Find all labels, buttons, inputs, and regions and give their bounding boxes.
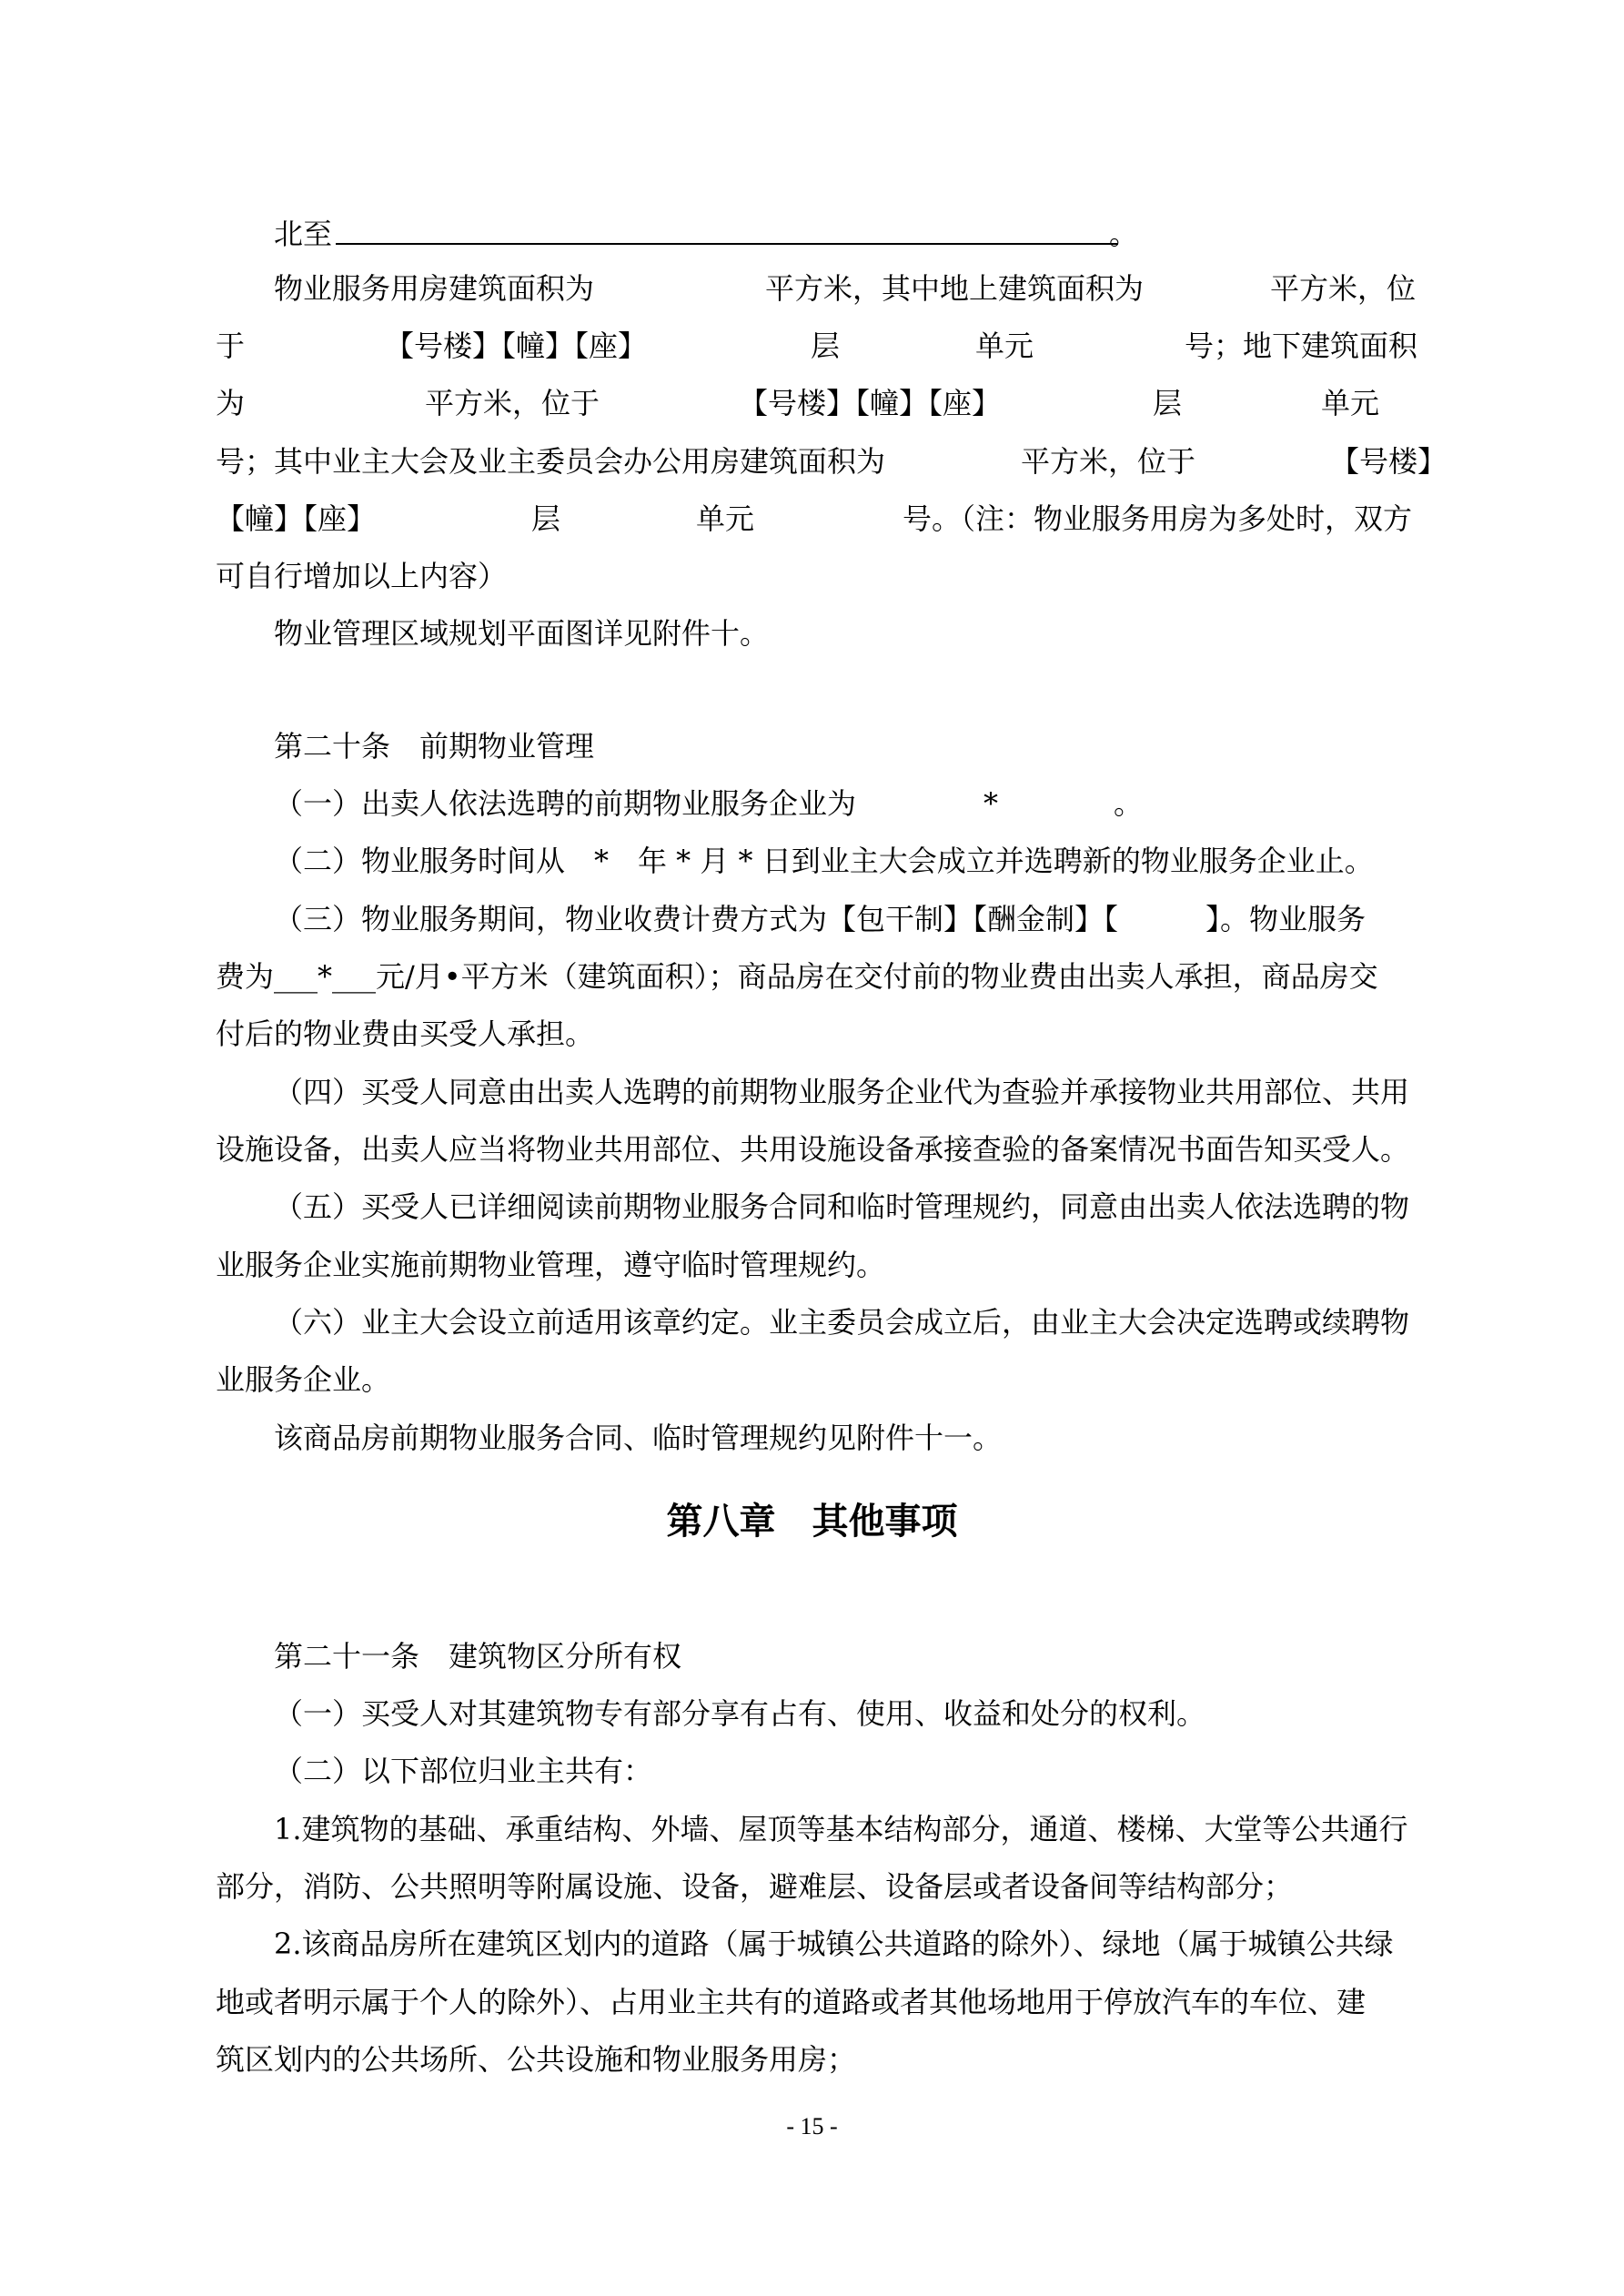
- text: 于: [216, 328, 245, 364]
- north-end: 。: [1109, 216, 1138, 252]
- article-21-point-2-line-1: 2.该商品房所在建筑区划内的道路（属于城镇公共道路的除外）、绿地（属于城镇公共绿: [274, 1926, 1394, 1962]
- text: 号；地下建筑面积: [1185, 328, 1417, 364]
- text: 单元: [696, 501, 754, 537]
- text: 为: [216, 385, 245, 421]
- text: 平方米，其中地上建筑面积为: [765, 270, 1144, 307]
- text: 平方米，位: [1270, 270, 1416, 307]
- site-plan-note: 物业管理区域规划平面图详见附件十。: [274, 615, 769, 652]
- text: （一）出卖人依法选聘的前期物业服务企业为: [274, 785, 856, 822]
- article-21-point-1-line-1: 1.建筑物的基础、承重结构、外墙、屋顶等基本结构部分，通道、楼梯、大堂等公共通行: [274, 1811, 1408, 1847]
- page-number: - 15 -: [0, 2112, 1624, 2141]
- article-20-item-6-line-1: （六）业主大会设立前适用该章约定。业主委员会成立后，由业主大会决定选聘或续聘物: [274, 1304, 1409, 1340]
- article-21-point-1-line-2: 部分，消防、公共照明等附属设施、设备，避难层、设备层或者设备间等结构部分；: [216, 1868, 1293, 1905]
- text: 号；其中业主大会及业主委员会办公用房建筑面积为: [216, 443, 885, 480]
- text: 【幢】【座】: [216, 501, 376, 537]
- service-room-line-6: 可自行增加以上内容）: [216, 558, 507, 594]
- text: *: [983, 785, 998, 822]
- north-boundary-blank: [336, 216, 1118, 245]
- article-20-item-6-line-2: 业服务企业。: [216, 1361, 390, 1398]
- article-20-item-4-line-2: 设施设备，出卖人应当将物业共用部位、共用设施设备承接查验的备案情况书面告知买受人…: [216, 1131, 1409, 1168]
- article-20-title: 第二十条 前期物业管理: [274, 728, 594, 764]
- text: 。: [1114, 785, 1143, 822]
- article-20-item-5-line-2: 业服务企业实施前期物业管理，遵守临时管理规约。: [216, 1247, 885, 1283]
- text: 平方米，位于: [1021, 443, 1195, 480]
- article-20-item-3-line-3: 付后的物业费由买受人承担。: [216, 1016, 594, 1052]
- text: 层: [811, 328, 840, 364]
- text: 层: [531, 501, 560, 537]
- text: 层: [1153, 385, 1182, 421]
- article-21-item-2: （二）以下部位归业主共有：: [274, 1753, 652, 1789]
- article-21-title: 第二十一条 建筑物区分所有权: [274, 1638, 681, 1674]
- text: 单元: [975, 328, 1034, 364]
- article-20-item-5-line-1: （五）买受人已详细阅读前期物业服务合同和临时管理规约，同意由出卖人依法选聘的物: [274, 1188, 1409, 1225]
- text: 【号楼】【幢】【座】: [739, 385, 1001, 421]
- text: 【号楼】【幢】【座】: [385, 328, 647, 364]
- text: 【号楼】: [1330, 443, 1447, 480]
- article-21-point-2-line-3: 筑区划内的公共场所、公共设施和物业服务用房；: [216, 2041, 856, 2078]
- document-page: 北至 。 物业服务用房建筑面积为 平方米，其中地上建筑面积为 平方米，位 于 【…: [0, 0, 1624, 2296]
- chapter-8-title: 第八章 其他事项: [0, 1500, 1624, 1543]
- text: 单元: [1321, 385, 1379, 421]
- article-20-item-3-line-2: 费为___*___元/月•平方米（建筑面积）；商品房在交付前的物业费由出卖人承担…: [216, 958, 1378, 995]
- article-20-attachment: 该商品房前期物业服务合同、临时管理规约见附件十一。: [274, 1420, 1002, 1456]
- article-20-item-2: （二）物业服务时间从 * 年 * 月 * 日到业主大会成立并选聘新的物业服务企业…: [274, 843, 1374, 879]
- article-20-item-3-line-1: （三）物业服务期间，物业收费计费方式为【包干制】【酬金制】【 】。物业服务: [274, 901, 1366, 937]
- text: 号。（注：物业服务用房为多处时，双方: [903, 501, 1412, 537]
- article-20-item-4-line-1: （四）买受人同意由出卖人选聘的前期物业服务企业代为查验并承接物业共用部位、共用: [274, 1074, 1409, 1110]
- north-label: 北至: [274, 216, 332, 252]
- article-21-point-2-line-2: 地或者明示属于个人的除外）、占用业主共有的道路或者其他场地用于停放汽车的车位、建: [216, 1984, 1366, 2020]
- text: 平方米，位于: [425, 385, 600, 421]
- text: 物业服务用房建筑面积为: [274, 270, 594, 307]
- article-21-item-1: （一）买受人对其建筑物专有部分享有占有、使用、收益和处分的权利。: [274, 1695, 1205, 1732]
